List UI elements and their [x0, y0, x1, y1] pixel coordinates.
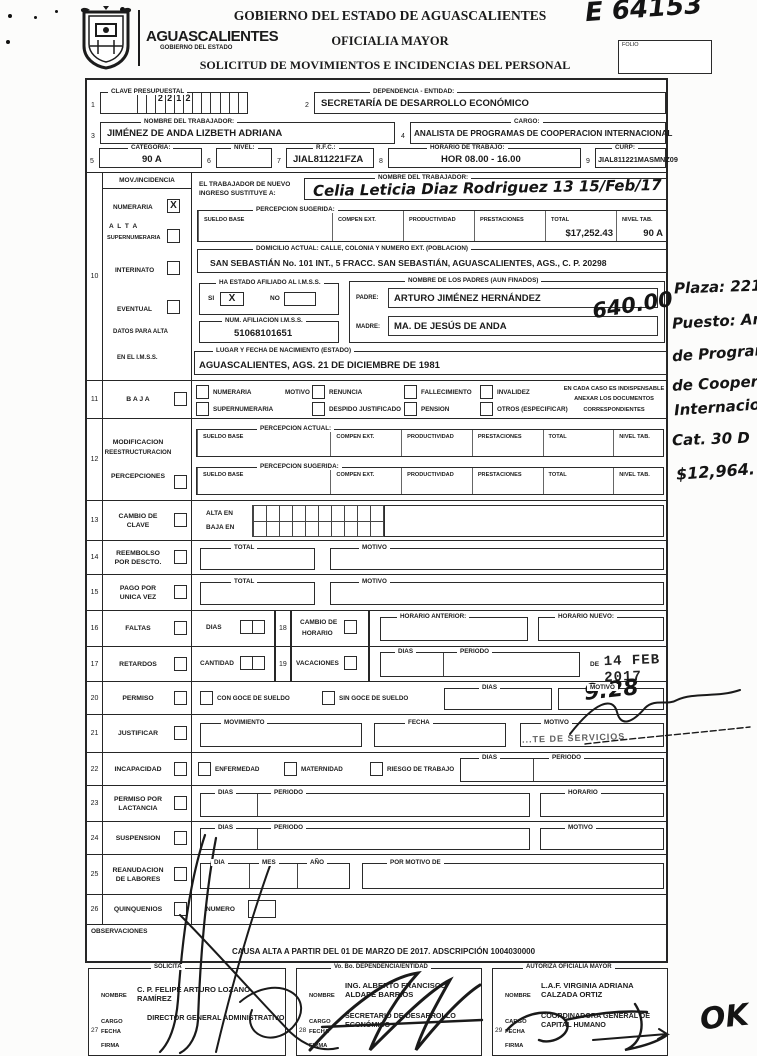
- section-21-justificar: 21 JUSTIFICAR MOVIMIENTO FECHA MOTIVO ..…: [87, 714, 666, 752]
- checkbox-cambio-horario[interactable]: [344, 620, 357, 634]
- reanudacion-motivo-label: POR MOTIVO DE: [387, 859, 444, 866]
- section-23-lactancia: 23 PERMISO POR LACTANCIA DIAS PERIODO HO…: [87, 785, 666, 821]
- dependencia-value: SECRETARÍA DE DESARROLLO ECONÓMICO: [321, 98, 529, 109]
- domicilio-box[interactable]: DOMICILIO ACTUAL: CALLE, COLONIA Y NUMER…: [197, 249, 667, 273]
- section-21-number: 21: [87, 715, 103, 752]
- autoriza-cargo: COORDINADORA GENERAL DE CAPITAL HUMANO: [541, 1011, 663, 1029]
- checkbox-faltas[interactable]: [174, 621, 187, 635]
- con-goce-label: CON GOCE DE SUELDO: [217, 695, 290, 702]
- vobo-nombre: ING. ALBERTO FRANCISCO ALDAPE BARRIOS: [345, 981, 475, 999]
- checkbox-suspension[interactable]: [174, 831, 187, 845]
- baja-despido-label: DESPIDO JUSTIFICADO: [329, 406, 401, 413]
- cargo-row-label: CARGO: [505, 1019, 527, 1025]
- reanudacion-motivo-box[interactable]: POR MOTIVO DE: [362, 863, 664, 889]
- margin-note-cooperacion: de Cooperaci: [672, 371, 757, 395]
- vacaciones-label: VACACIONES: [296, 660, 339, 667]
- baja-en-label: BAJA EN: [206, 524, 234, 531]
- autoriza-title: AUTORIZA OFICIALIA MAYOR: [523, 964, 615, 970]
- retardos-cantidad-cell2[interactable]: [252, 656, 265, 670]
- checkbox-justificar[interactable]: [174, 726, 187, 740]
- firma-row-label: FIRMA: [101, 1043, 119, 1049]
- reanudacion-fecha-box[interactable]: DIA MES AÑO: [200, 863, 350, 889]
- percepcion-col[interactable]: COMPEN EXT.: [330, 430, 401, 456]
- percepcion-col-total[interactable]: TOTAL$17,252.43: [545, 211, 616, 241]
- checkbox-reembolso[interactable]: [174, 550, 187, 564]
- section-10-number: 10: [87, 173, 103, 380]
- dependencia-field[interactable]: DEPENDENCIA - ENTIDAD: SECRETARÍA DE DES…: [314, 92, 666, 114]
- checkbox-maternidad[interactable]: [284, 762, 297, 776]
- vacaciones-dias-label: DIAS: [395, 648, 416, 655]
- percepcion-sugerida-group: PERCEPCION SUGERIDA: SUELDO BASE COMPEN …: [196, 467, 664, 495]
- dependencia-label: DEPENDENCIA - ENTIDAD:: [370, 88, 457, 95]
- top-fields-band: 1 CLAVE PRESUPUESTAL 2 2 1 2: [87, 80, 666, 172]
- clave-presupuestal-field: CLAVE PRESUPUESTAL 2 2 1 2: [100, 92, 248, 114]
- clave-cell[interactable]: [229, 93, 238, 113]
- clave-cell[interactable]: 1: [174, 93, 183, 113]
- percepcion-col[interactable]: PRESTACIONES: [472, 468, 543, 494]
- folio-label: FOLIO: [622, 42, 639, 48]
- checkbox-pago-unica-vez[interactable]: [174, 585, 187, 599]
- lactancia-horario-label: HORARIO: [565, 789, 601, 796]
- section-17-retardos: 17 RETARDOS CANTIDAD 19 VACACIONES DIAS …: [87, 646, 666, 681]
- nacimiento-value: AGUASCALIENTES, AGS. 21 DE DICIEMBRE DE …: [199, 360, 440, 371]
- section-11-baja: 11 B A J A NUMERARIA MOTIVO RENUNCIA FAL…: [87, 380, 666, 418]
- madre-label: MADRE:: [356, 324, 380, 330]
- nombre-trabajador-label: NOMBRE DEL TRABAJADOR:: [141, 118, 237, 125]
- divider: [257, 794, 258, 816]
- incapacidad-periodo-box[interactable]: DIAS PERIODO: [460, 758, 664, 782]
- quinquenios-numero-label: NUMERO: [206, 906, 235, 913]
- justificar-fecha-box[interactable]: FECHA: [374, 723, 506, 747]
- permiso-dias-label: DIAS: [479, 684, 500, 691]
- baja-label: B A J A: [103, 396, 173, 403]
- percepcion-actual-label: PERCEPCION ACTUAL:: [257, 425, 334, 432]
- curp-label: CURP:: [612, 144, 638, 151]
- solicita-title: SOLICITA: [151, 964, 185, 970]
- field8-number: 8: [379, 158, 383, 165]
- divider: [368, 647, 370, 681]
- de-label: DE: [590, 661, 599, 668]
- padre-label: PADRE:: [356, 295, 379, 301]
- sustituye-line2: INGRESO SUSTITUYE A:: [199, 190, 276, 197]
- divider: [257, 829, 258, 849]
- mov-incidencia-header: MOV./INCIDENCIA: [103, 173, 191, 189]
- baja-renuncia-label: RENUNCIA: [329, 389, 362, 396]
- cargo-field[interactable]: CARGO: ANALISTA DE PROGRAMAS DE COOPERAC…: [410, 122, 666, 144]
- field9-number: 9: [586, 158, 590, 165]
- enfermedad-label: ENFERMEDAD: [215, 766, 259, 773]
- retardos-label: RETARDOS: [103, 661, 173, 668]
- scan-speck: [34, 16, 37, 19]
- section-23-number: 23: [87, 786, 103, 821]
- permiso-label: PERMISO: [103, 695, 173, 702]
- section-11-number: 11: [87, 381, 103, 418]
- sin-goce-label: SIN GOCE DE SUELDO: [339, 695, 408, 702]
- reanudacion-label1: REANUDACION: [103, 867, 173, 874]
- lactancia-periodo-label: PERIODO: [271, 789, 306, 796]
- categoria-label: CATEGORIA:: [128, 144, 173, 151]
- percepcion-col[interactable]: COMPEN EXT.: [330, 468, 401, 494]
- percepcion-col[interactable]: PRODUCTIVIDAD: [401, 430, 472, 456]
- checkbox-baja-pension[interactable]: [404, 402, 417, 416]
- margin-note-internacional: Internacion: [673, 395, 757, 420]
- field3-number: 3: [91, 133, 95, 140]
- padres-label: NOMBRE DE LOS PADRES (AUN FINADOS): [405, 277, 541, 284]
- block-28-number: 28: [299, 1027, 306, 1034]
- riesgo-label: RIESGO DE TRABAJO: [387, 766, 454, 773]
- section-22-incapacidad: 22 INCAPACIDAD ENFERMEDAD MATERNIDAD RIE…: [87, 752, 666, 785]
- checkbox-baja-despido[interactable]: [312, 402, 325, 416]
- field5-number: 5: [90, 158, 94, 165]
- suspension-motivo-box[interactable]: MOTIVO: [540, 828, 664, 850]
- reanudacion-label2: DE LABORES: [103, 876, 173, 883]
- nivel-field[interactable]: NIVEL:: [216, 148, 272, 168]
- divider: [443, 653, 444, 676]
- alta-en-label: ALTA EN: [206, 510, 233, 517]
- vobo-cargo: SECRETARIO DE DESARROLLO ECONÓMICO: [345, 1011, 475, 1029]
- justificar-label: JUSTIFICAR: [103, 730, 173, 737]
- vobo-title: Vo. Bo. DEPENDENCIA/ENTIDAD: [331, 964, 431, 970]
- lactancia-horario-box[interactable]: HORARIO: [540, 793, 664, 817]
- clave-cell[interactable]: [137, 93, 146, 113]
- incapacidad-label: INCAPACIDAD: [103, 766, 173, 773]
- baja-supernumeraria-label: SUPERNUMERARIA: [213, 406, 273, 413]
- sustituye-nombre-box[interactable]: NOMBRE DEL TRABAJADOR: Celia Leticia Dia…: [304, 178, 667, 200]
- baja-numeraria-label: NUMERARIA: [213, 389, 251, 396]
- checkbox-baja-fallecimiento[interactable]: [404, 385, 417, 399]
- section-16-number: 16: [87, 611, 103, 646]
- firma-row-label: FIRMA: [309, 1043, 327, 1049]
- solicita-nombre: C. P. FELIPE ARTURO LOZANO RAMÍREZ: [137, 985, 283, 1003]
- padre-value: ARTURO JIMÉNEZ HERNÁNDEZ: [394, 293, 541, 304]
- clave-cell[interactable]: 2: [165, 93, 174, 113]
- scan-speck: [55, 10, 58, 13]
- sustituye-nombre-handwriting: Celia Leticia Diaz Rodriguez 13 15/Feb/1…: [313, 176, 662, 200]
- lactancia-dias-label: DIAS: [215, 789, 236, 796]
- categoria-value: 90 A: [142, 154, 162, 165]
- section-26-quinquenios: 26 QUINQUENIOS NUMERO: [87, 894, 666, 924]
- rfc-field[interactable]: R.F.C.: JIAL811221FZA: [286, 148, 374, 168]
- observaciones-label: OBSERVACIONES: [91, 928, 147, 935]
- checkbox-afiliado-si[interactable]: X: [220, 292, 244, 306]
- checkbox-baja-otros[interactable]: [480, 402, 493, 416]
- justificar-movimiento-box[interactable]: MOVIMIENTO: [200, 723, 362, 747]
- pago-total-box[interactable]: TOTAL: [200, 582, 315, 605]
- state-coat-of-arms-logo: [76, 6, 136, 70]
- checkbox-lactancia[interactable]: [174, 796, 187, 810]
- block-29-number: 29: [495, 1027, 502, 1034]
- percepcion-col[interactable]: PRESTACIONES: [472, 430, 543, 456]
- justificar-motivo-label: MOTIVO: [541, 719, 572, 726]
- section-22-number: 22: [87, 753, 103, 785]
- pago-label2: UNICA VEZ: [103, 594, 173, 601]
- divider: [290, 611, 292, 646]
- horario-anterior-label: HORARIO ANTERIOR:: [397, 613, 469, 620]
- section-20-permiso: 20 PERMISO CON GOCE DE SUELDO SIN GOCE D…: [87, 681, 666, 714]
- clave-cell[interactable]: [146, 93, 155, 113]
- clave-cell[interactable]: [201, 93, 210, 113]
- section-18-number: 18: [279, 625, 287, 632]
- margin-note-ok: OK: [698, 998, 750, 1038]
- logo-sub: GOBIERNO DEL ESTADO: [160, 45, 232, 51]
- checkbox-numeraria[interactable]: X: [167, 199, 180, 213]
- margin-note-puesto: Puesto: Ana: [672, 309, 757, 332]
- vacaciones-periodo-box[interactable]: DIAS PERIODO: [380, 652, 580, 677]
- permiso-motivo-label: MOTIVO: [587, 684, 618, 691]
- firma-block-autoriza: AUTORIZA OFICIALIA MAYOR 29 NOMBRE CARGO…: [492, 968, 668, 1056]
- margin-note-plaza: Plaza: 221: [674, 276, 757, 297]
- modificacion-label1: MODIFICACION: [103, 439, 173, 446]
- faltas-dias-cell2[interactable]: [252, 620, 265, 634]
- afiliado-imss-label: HA ESTADO AFILIADO AL I.M.S.S.: [216, 279, 324, 286]
- percepcion-actual-group: PERCEPCION ACTUAL: SUELDO BASE COMPEN EX…: [196, 429, 664, 457]
- pago-motivo-box[interactable]: MOTIVO: [330, 582, 664, 605]
- divider: [297, 864, 298, 888]
- horario-field[interactable]: HORARIO DE TRABAJO: HOR 08.00 - 16.00: [388, 148, 581, 168]
- margin-note-categoria: Cat. 30 D: [672, 429, 750, 450]
- checkbox-enfermedad[interactable]: [198, 762, 211, 776]
- cambio-clave-label2: CLAVE: [103, 522, 173, 529]
- cambio-horario-label2: HORARIO: [302, 630, 333, 637]
- madre-value: MA. DE JESÚS DE ANDA: [394, 321, 507, 332]
- section-15-pago-unica-vez: 15 PAGO POR UNICA VEZ TOTAL MOTIVO: [87, 574, 666, 610]
- supernumeraria-label: SUPERNUMERARIA: [107, 235, 160, 241]
- reembolso-label1: REEMBOLSO: [103, 550, 173, 557]
- categoria-field[interactable]: CATEGORIA: 90 A: [99, 148, 202, 168]
- folio-box[interactable]: FOLIO: [618, 40, 712, 74]
- field1-number: 1: [91, 102, 95, 109]
- en-el-imss-label: EN EL I.M.S.S.: [117, 355, 158, 361]
- clave-presupuestal-label: CLAVE PRESUPUESTAL: [108, 88, 187, 95]
- solicita-cargo: DIRECTOR GENERAL ADMINISTRATIVO: [147, 1013, 287, 1022]
- divider: [290, 647, 292, 681]
- cargo-row-label: CARGO: [309, 1019, 331, 1025]
- checkbox-con-goce[interactable]: [200, 691, 213, 705]
- nombre-trabajador-value: JIMÉNEZ DE ANDA LIZBETH ADRIANA: [107, 128, 282, 139]
- checkbox-afiliado-no[interactable]: [284, 292, 316, 306]
- cambio-clave-label1: CAMBIO DE: [103, 513, 173, 520]
- horario-label: HORARIO DE TRABAJO:: [427, 144, 508, 151]
- clave-cell[interactable]: [210, 93, 219, 113]
- section-25-number: 25: [87, 855, 103, 894]
- nombre-row-label: NOMBRE: [101, 993, 127, 999]
- section-25-reanudacion: 25 REANUDACION DE LABORES DIA MES AÑO PO…: [87, 854, 666, 894]
- checkbox-baja-invalidez[interactable]: [480, 385, 493, 399]
- si-label: SI: [208, 295, 214, 302]
- checkbox-baja[interactable]: [174, 392, 187, 406]
- checkbox-baja-supernumeraria[interactable]: [196, 402, 209, 416]
- justificar-fecha-label: FECHA: [405, 719, 433, 726]
- checkbox-reanudacion[interactable]: [174, 867, 187, 881]
- checkbox-interinato[interactable]: [167, 261, 180, 275]
- clave-cell[interactable]: [192, 93, 201, 113]
- checkbox-vacaciones[interactable]: [344, 656, 357, 670]
- faltas-label: FALTAS: [103, 625, 173, 632]
- checkbox-baja-renuncia[interactable]: [312, 385, 325, 399]
- field7-number: 7: [277, 158, 281, 165]
- section-12-number: 12: [87, 419, 103, 500]
- section-24-number: 24: [87, 822, 103, 854]
- header-title-3: SOLICITUD DE MOVIMIENTOS E INCIDENCIAS D…: [130, 58, 640, 73]
- reembolso-motivo-box[interactable]: MOTIVO: [330, 548, 664, 570]
- firma-row-label: FIRMA: [505, 1043, 523, 1049]
- nombre-row-label: NOMBRE: [505, 993, 531, 999]
- section-17-number: 17: [87, 647, 103, 681]
- alta-group-label: A L T A: [109, 223, 138, 230]
- percepcion-col[interactable]: COMPEN EXT.: [332, 211, 403, 241]
- suspension-label: SUSPENSION: [103, 835, 173, 842]
- field2-number: 2: [305, 102, 309, 109]
- section-12-modificacion: 12 MODIFICACION REESTRUCTURACION PERCEPC…: [87, 418, 666, 500]
- numeraria-label: NUMERARIA: [113, 204, 153, 211]
- field4-number: 4: [401, 133, 405, 140]
- afiliacion-num-box[interactable]: NUM. AFILIACION I.M.S.S. 51068101651: [199, 321, 339, 343]
- horario-anterior-box[interactable]: HORARIO ANTERIOR:: [380, 617, 528, 641]
- modificacion-label3: PERCEPCIONES: [103, 473, 173, 480]
- divider: [368, 611, 370, 646]
- reembolso-label2: POR DESCTO.: [103, 559, 173, 566]
- checkbox-sin-goce[interactable]: [322, 691, 335, 705]
- divider: [274, 611, 276, 646]
- nivel-tab-value: 90 A: [643, 228, 663, 239]
- checkbox-cambio-clave[interactable]: [174, 513, 187, 527]
- suspension-periodo-box[interactable]: DIAS PERIODO: [200, 828, 530, 850]
- section-14-number: 14: [87, 541, 103, 574]
- checkbox-baja-numeraria[interactable]: [196, 385, 209, 399]
- firma-block-solicita: SOLICITA 27 NOMBRE CARGO FECHA FIRMA C. …: [88, 968, 286, 1056]
- percepcion-sugerida-alta-group: PERCEPCION SUGERIDA: SUELDO BASE COMPEN …: [197, 210, 667, 242]
- checkbox-eventual[interactable]: [167, 300, 180, 314]
- checkbox-incapacidad[interactable]: [174, 762, 187, 776]
- faltas-dias-label: DIAS: [206, 624, 222, 631]
- section-13-cambio-clave: 13 CAMBIO DE CLAVE ALTA EN BAJA EN: [87, 500, 666, 540]
- clave-cell[interactable]: 2: [183, 93, 192, 113]
- sustituye-nombre-label: NOMBRE DEL TRABAJADOR:: [375, 174, 471, 181]
- block-27-number: 27: [91, 1027, 98, 1034]
- section-14-reembolso: 14 REEMBOLSO POR DESCTO. TOTAL MOTIVO: [87, 540, 666, 574]
- clave-cell[interactable]: 2: [155, 93, 164, 113]
- baja-otros-label: OTROS (ESPECIFICAR): [497, 406, 568, 413]
- cargo-row-label: CARGO: [101, 1019, 123, 1025]
- rfc-value: JIAL811221FZA: [293, 154, 363, 165]
- reembolso-motivo-label: MOTIVO: [359, 544, 390, 551]
- divider: [533, 759, 534, 781]
- header-title-1: GOBIERNO DEL ESTADO DE AGUASCALIENTES: [200, 8, 580, 24]
- percepcion-sugerida-label: PERCEPCION SUGERIDA:: [253, 206, 338, 213]
- quinquenios-numero-box[interactable]: [248, 900, 276, 918]
- cargo-label: CARGO:: [511, 118, 543, 125]
- form-body: 1 CLAVE PRESUPUESTAL 2 2 1 2: [85, 78, 668, 963]
- percepcion-col[interactable]: SUELDO BASE: [197, 430, 330, 456]
- percepcion-col[interactable]: PRODUCTIVIDAD: [401, 468, 472, 494]
- section-16-faltas: 16 FALTAS DIAS 18 CAMBIO DE HORARIO HORA…: [87, 610, 666, 646]
- percepcion-col[interactable]: SUELDO BASE: [198, 211, 332, 241]
- percepcion-col[interactable]: PRODUCTIVIDAD: [403, 211, 474, 241]
- afiliacion-num-label: NUM. AFILIACION I.M.S.S.: [222, 317, 306, 324]
- baja-fallecimiento-label: FALLECIMIENTO: [421, 389, 472, 396]
- reembolso-total-label: TOTAL: [231, 544, 257, 551]
- horario-value: HOR 08.00 - 16.00: [441, 154, 521, 165]
- checkbox-permiso[interactable]: [174, 691, 187, 705]
- clave-cell-wide[interactable]: [101, 93, 137, 113]
- reembolso-total-box[interactable]: TOTAL: [200, 548, 315, 570]
- cambio-clave-wide-box[interactable]: [384, 505, 664, 537]
- permiso-dias-box[interactable]: DIAS: [444, 688, 552, 710]
- nacimiento-box[interactable]: LUGAR Y FECHA DE NACIMIENTO (ESTADO) AGU…: [194, 351, 667, 375]
- nombre-trabajador-field[interactable]: NOMBRE DEL TRABAJADOR: JIMÉNEZ DE ANDA L…: [100, 122, 395, 144]
- total-value: $17,252.43: [565, 228, 613, 239]
- clave-cell[interactable]: [220, 93, 229, 113]
- percepcion-col[interactable]: NIVEL TAB.: [613, 430, 663, 456]
- handwritten-folio-number: E 64153: [584, 0, 703, 28]
- percepcion-col[interactable]: TOTAL: [543, 430, 614, 456]
- lactancia-label2: LACTANCIA: [103, 805, 173, 812]
- suspension-motivo-label: MOTIVO: [565, 824, 596, 831]
- margin-note-programas: de Program: [671, 341, 757, 366]
- horario-nuevo-label: HORARIO NUEVO:: [555, 613, 617, 620]
- checkbox-percepciones[interactable]: [174, 475, 187, 489]
- checkbox-riesgo[interactable]: [370, 762, 383, 776]
- section-10-alta: 10 MOV./INCIDENCIA NUMERARIA X A L T A S…: [87, 172, 666, 380]
- modificacion-label2: REESTRUCTURACION: [103, 449, 173, 456]
- checkbox-supernumeraria[interactable]: [167, 229, 180, 243]
- section-13-number: 13: [87, 501, 103, 540]
- percepcion-col[interactable]: SUELDO BASE: [197, 468, 330, 494]
- lactancia-label1: PERMISO POR: [103, 796, 173, 803]
- field6-number: 6: [207, 158, 211, 165]
- percepcion-sugerida-label2: PERCEPCION SUGERIDA:: [257, 463, 342, 470]
- section-15-number: 15: [87, 575, 103, 610]
- cambio-clave-grid[interactable]: [252, 505, 384, 537]
- domicilio-label: DOMICILIO ACTUAL: CALLE, COLONIA Y NUMER…: [253, 245, 471, 252]
- percepcion-col[interactable]: PRESTACIONES: [474, 211, 545, 241]
- fecha-row-label: FECHA: [505, 1029, 525, 1035]
- cantidad-label: CANTIDAD: [200, 660, 234, 667]
- observaciones-value: CAUSA ALTA A PARTIR DEL 01 DE MARZO DE 2…: [232, 947, 535, 956]
- scanned-form-page: AGUASCALIENTES GOBIERNO DEL ESTADO GOBIE…: [0, 0, 757, 1056]
- pago-motivo-label: MOTIVO: [359, 578, 390, 585]
- header-title-2: OFICIALIA MAYOR: [240, 34, 540, 49]
- afiliacion-num-value: 51068101651: [234, 328, 292, 339]
- domicilio-value: SAN SEBASTIÁN No. 101 INT., 5 FRACC. SAN…: [210, 258, 607, 268]
- section-26-number: 26: [87, 895, 103, 924]
- horario-nuevo-box[interactable]: HORARIO NUEVO:: [538, 617, 664, 641]
- curp-field[interactable]: CURP: JIAL811221MASMNZ09: [595, 148, 666, 168]
- autoriza-nombre: L.A.F. VIRGINIA ADRIANA CALZADA ORTIZ: [541, 981, 663, 999]
- percepcion-col[interactable]: TOTAL: [543, 468, 614, 494]
- clave-cell[interactable]: [238, 93, 247, 113]
- reanudacion-ano-label: AÑO: [307, 859, 327, 866]
- percepcion-col-nivel[interactable]: NIVEL TAB.90 A: [616, 211, 666, 241]
- observaciones-row: OBSERVACIONES CAUSA ALTA A PARTIR DEL 01…: [87, 924, 666, 965]
- section-20-number: 20: [87, 682, 103, 714]
- divider: [249, 864, 250, 888]
- checkbox-retardos[interactable]: [174, 657, 187, 671]
- checkbox-quinquenios[interactable]: [174, 902, 187, 916]
- divider: [274, 647, 276, 681]
- no-label: NO: [270, 295, 280, 302]
- suspension-dias-label: DIAS: [215, 824, 236, 831]
- nivel-label: NIVEL:: [231, 144, 258, 151]
- lactancia-periodo-box[interactable]: DIAS PERIODO: [200, 793, 530, 817]
- cambio-horario-label1: CAMBIO DE: [300, 619, 337, 626]
- firma-block-vobo: Vo. Bo. DEPENDENCIA/ENTIDAD 28 NOMBRE CA…: [296, 968, 482, 1056]
- quinquenios-label: QUINQUENIOS: [103, 906, 173, 913]
- percepcion-col[interactable]: NIVEL TAB.: [613, 468, 663, 494]
- sustituye-line1: EL TRABAJADOR DE NUEVO: [199, 181, 290, 188]
- section-19-number: 19: [279, 661, 287, 668]
- interinato-label: INTERINATO: [115, 267, 154, 274]
